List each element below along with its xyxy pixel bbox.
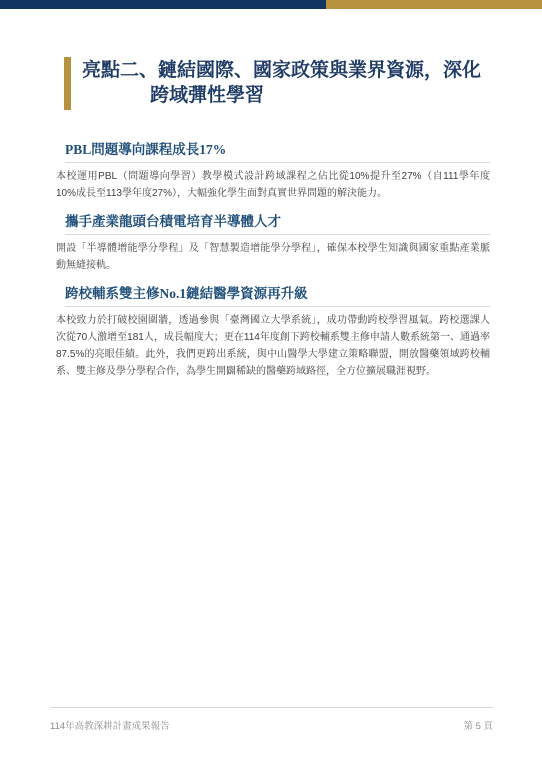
top-accent-bar xyxy=(0,0,542,9)
section-body: 開設「半導體增能學分學程」及「智慧製造增能學分學程」，確保本校學生知識與國家重點… xyxy=(56,240,490,274)
section-divider xyxy=(65,306,490,307)
section-body: 本校致力於打破校園圍牆，透過參與「臺灣國立大學系統」，成功帶動跨校學習風氣。跨校… xyxy=(56,312,490,380)
top-bar-navy-segment xyxy=(0,0,326,9)
page-title: 亮點二、鏈結國際、國家政策與業界資源，深化跨域彈性學習 xyxy=(64,57,494,110)
section-divider xyxy=(65,162,490,163)
section-heading: PBL問題導向課程成長17% xyxy=(65,140,490,159)
page-footer: 114年高教深耕計畫成果報告 第 5 頁 xyxy=(50,707,493,732)
page-title-text: 亮點二、鏈結國際、國家政策與業界資源，深化跨域彈性學習 xyxy=(82,58,494,108)
footer-divider xyxy=(50,707,493,708)
section-heading: 跨校輔系雙主修No.1鏈結醫學資源再升級 xyxy=(65,284,490,303)
top-bar-gold-segment xyxy=(326,0,542,9)
page-content: PBL問題導向課程成長17% 本校運用PBL（問題導向學習）教學模式設計跨域課程… xyxy=(0,140,542,380)
footer-report-title: 114年高教深耕計畫成果報告 xyxy=(50,718,170,732)
section-pbl-course-growth: PBL問題導向課程成長17% 本校運用PBL（問題導向學習）教學模式設計跨域課程… xyxy=(56,140,490,202)
section-tsmc-semiconductor-talent: 攜手產業龍頭台積電培育半導體人才 開設「半導體增能學分學程」及「智慧製造增能學分… xyxy=(56,212,490,274)
section-cross-school-medical-resources: 跨校輔系雙主修No.1鏈結醫學資源再升級 本校致力於打破校園圍牆，透過參與「臺灣… xyxy=(56,284,490,380)
section-divider xyxy=(65,234,490,235)
report-page: 亮點二、鏈結國際、國家政策與業界資源，深化跨域彈性學習 PBL問題導向課程成長1… xyxy=(0,0,542,768)
section-body: 本校運用PBL（問題導向學習）教學模式設計跨域課程之佔比從10%提升至27%（自… xyxy=(56,168,490,202)
footer-page-number: 第 5 頁 xyxy=(463,718,493,732)
section-heading: 攜手產業龍頭台積電培育半導體人才 xyxy=(65,212,490,231)
